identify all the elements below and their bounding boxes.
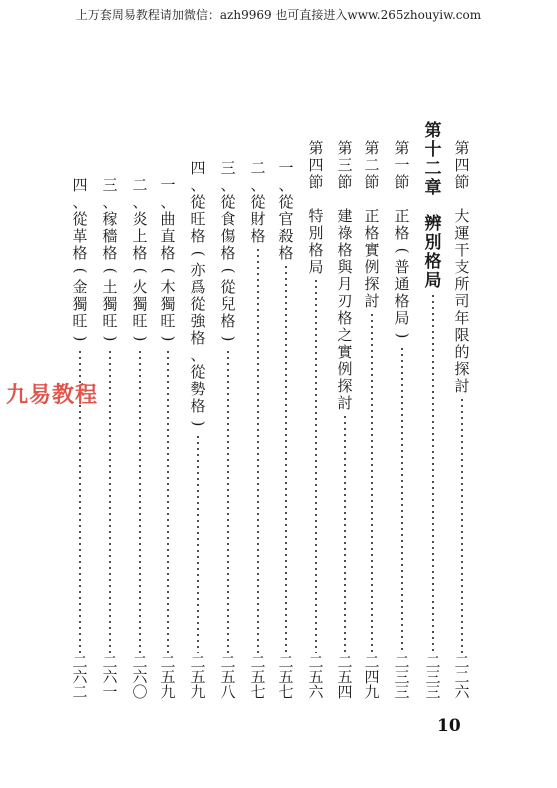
toc-entry-prefix: 四、	[188, 160, 208, 194]
toc-entry-page: 二五七	[248, 655, 268, 700]
toc-entry-page: 二六〇	[130, 655, 150, 700]
toc-entry[interactable]: 二、從財格二五七	[248, 160, 268, 700]
toc-entry-title: 從食傷格(從兒格)	[218, 194, 238, 347]
toc-entry[interactable]: 四、從旺格(亦爲從強格、從勢格)二五九	[188, 160, 208, 700]
toc-entry-title: 炎上格(火獨旺)	[130, 211, 150, 347]
toc-entry-page: 二五九	[158, 655, 178, 700]
toc-entry-title: 從旺格(亦爲從強格、從勢格)	[188, 194, 208, 432]
toc-entry-prefix: 第十二章	[423, 122, 443, 198]
toc-entry-title: 正格(普通格局)	[392, 208, 412, 344]
toc-entry-prefix: 一、	[276, 160, 296, 194]
toc-entry-page: 二三三	[423, 655, 443, 700]
leader-dots	[461, 397, 463, 653]
toc-entry-prefix: 二、	[248, 160, 268, 194]
toc-entry-page: 二五六	[306, 655, 326, 700]
toc-entry-page: 二三三	[392, 655, 412, 700]
leader-dots	[315, 278, 317, 653]
toc-entry-title: 大運干支所司年限的探討	[452, 208, 472, 395]
toc-entry-prefix: 三、	[100, 177, 120, 211]
toc-entry-page: 二五七	[276, 655, 296, 700]
toc-entry-title: 辨別格局	[423, 215, 443, 291]
toc-entry-page: 二五四	[335, 655, 355, 700]
toc-entry-prefix: 一、	[158, 177, 178, 211]
toc-entry-page: 二五八	[218, 655, 238, 700]
toc-entry[interactable]: 第三節建祿格與月刃格之實例探討二五四	[335, 140, 355, 700]
toc-entry-page: 二二六	[452, 655, 472, 700]
toc-entry[interactable]: 第一節正格(普通格局)二三三	[392, 140, 412, 700]
toc-entry[interactable]: 一、從官殺格二五七	[276, 160, 296, 700]
leader-dots	[401, 346, 403, 653]
toc-entry-prefix: 第四節	[306, 140, 326, 191]
toc-entry[interactable]: 第二節正格實例探討二四九	[362, 140, 382, 700]
toc-entry-prefix: 二、	[130, 177, 150, 211]
toc-entry-prefix: 第三節	[335, 140, 355, 191]
page-number: 10	[437, 716, 461, 736]
toc-entry-prefix: 第二節	[362, 140, 382, 191]
toc-entry-prefix: 四、	[70, 177, 90, 211]
toc-entry-title: 從官殺格	[276, 194, 296, 262]
toc-entry[interactable]: 第四節特別格局二五六	[306, 140, 326, 700]
leader-dots	[227, 349, 229, 653]
leader-dots	[432, 293, 434, 653]
toc-entry-prefix: 三、	[218, 160, 238, 194]
toc-entry[interactable]: 三、從食傷格(從兒格)二五八	[218, 160, 238, 700]
leader-dots	[109, 349, 111, 653]
leader-dots	[257, 247, 259, 653]
toc-entry-title: 正格實例探討	[362, 208, 382, 310]
leader-dots	[167, 349, 169, 653]
toc-entry-title: 特別格局	[306, 208, 326, 276]
leader-dots	[139, 349, 141, 653]
toc-entry[interactable]: 第十二章辨別格局二三三	[423, 122, 443, 700]
toc-entry-page: 二五九	[188, 655, 208, 700]
toc-entry-page: 二六一	[100, 655, 120, 700]
leader-dots	[344, 414, 346, 653]
toc-entry-prefix: 第四節	[452, 140, 472, 191]
toc-entry-title: 稼穡格(土獨旺)	[100, 211, 120, 347]
toc-entry-title: 曲直格(木獨旺)	[158, 211, 178, 347]
toc-entry-prefix: 第一節	[392, 140, 412, 191]
toc-entry-title: 建祿格與月刃格之實例探討	[335, 208, 355, 412]
toc-entry-page: 二四九	[362, 655, 382, 700]
toc-entry-title: 從財格	[248, 194, 268, 245]
toc-entry[interactable]: 二、炎上格(火獨旺)二六〇	[130, 177, 150, 700]
toc-entry-title: 從革格(金獨旺)	[70, 211, 90, 347]
watermark-logo: 九易教程	[6, 378, 98, 409]
toc-entry[interactable]: 第四節大運干支所司年限的探討二二六	[452, 140, 472, 700]
leader-dots	[371, 312, 373, 653]
toc-entry[interactable]: 四、從革格(金獨旺)二六二	[70, 177, 90, 700]
toc-entry-page: 二六二	[70, 655, 90, 700]
toc-entry[interactable]: 三、稼穡格(土獨旺)二六一	[100, 177, 120, 700]
leader-dots	[285, 264, 287, 653]
leader-dots	[197, 434, 199, 653]
toc-entry[interactable]: 一、曲直格(木獨旺)二五九	[158, 177, 178, 700]
